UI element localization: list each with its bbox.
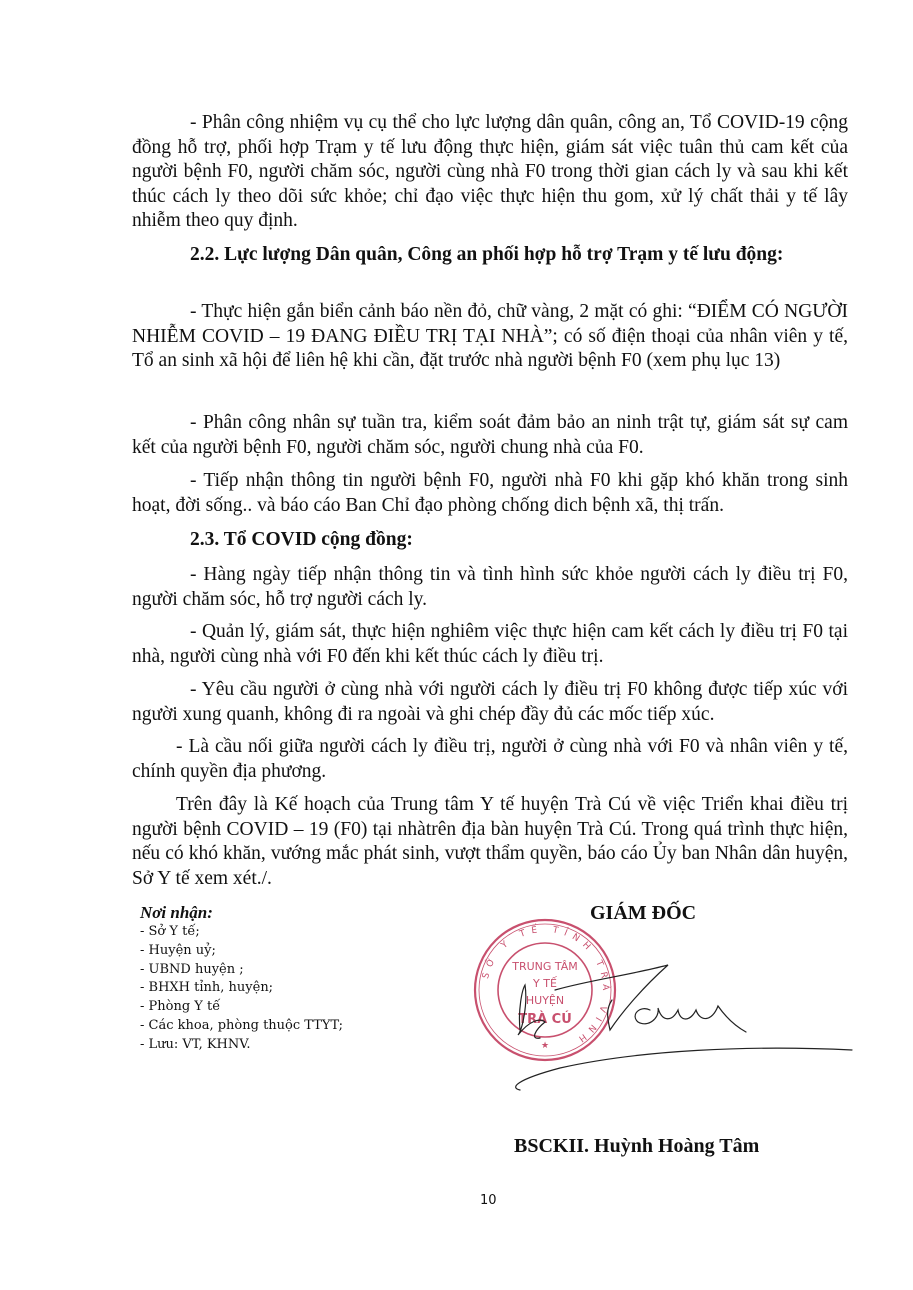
recipient-item: - Các khoa, phòng thuộc TTYT; <box>140 1017 343 1036</box>
recipient-item: - UBND huyện ; <box>140 961 343 980</box>
recipient-item: - Sở Y tế; <box>140 923 343 942</box>
recipient-item: - BHXH tỉnh, huyện; <box>140 979 343 998</box>
recipient-item: - Lưu: VT, KHNV. <box>140 1036 343 1055</box>
handwritten-signature <box>500 950 860 1100</box>
paragraph-task-assignment: - Phân công nhiệm vụ cụ thể cho lực lượn… <box>132 111 848 234</box>
recipients-title: Nơi nhận: <box>140 903 343 923</box>
paragraph-warning-sign: - Thực hiện gắn biển cảnh báo nền đỏ, ch… <box>132 300 848 374</box>
recipients-list: Nơi nhận: - Sở Y tế; - Huyện uỷ; - UBND … <box>140 903 343 1055</box>
section-heading-2-2: 2.2. Lực lượng Dân quân, Công an phối hợ… <box>132 243 848 268</box>
paragraph-receive-info: - Tiếp nhận thông tin người bệnh F0, ngư… <box>132 469 848 518</box>
paragraph-liaison: - Là cầu nối giữa người cách ly điều trị… <box>132 735 848 784</box>
recipient-item: - Huyện uỷ; <box>140 942 343 961</box>
paragraph-household-requirement: - Yêu cầu người ở cùng nhà với người các… <box>132 678 848 727</box>
section-heading-2-3: 2.3. Tổ COVID cộng đồng: <box>132 528 848 553</box>
page-number: 10 <box>480 1193 497 1208</box>
paragraph-supervision: - Quản lý, giám sát, thực hiện nghiêm vi… <box>132 620 848 669</box>
paragraph-conclusion: Trên đây là Kế hoạch của Trung tâm Y tế … <box>132 793 848 891</box>
paragraph-daily-monitoring: - Hàng ngày tiếp nhận thông tin và tình … <box>132 563 848 612</box>
document-page: - Phân công nhiệm vụ cụ thể cho lực lượn… <box>0 0 913 1290</box>
recipient-item: - Phòng Y tế <box>140 998 343 1017</box>
paragraph-patrol: - Phân công nhân sự tuần tra, kiểm soát … <box>132 411 848 460</box>
signer-name: BSCKII. Huỳnh Hoàng Tâm <box>514 1135 759 1158</box>
